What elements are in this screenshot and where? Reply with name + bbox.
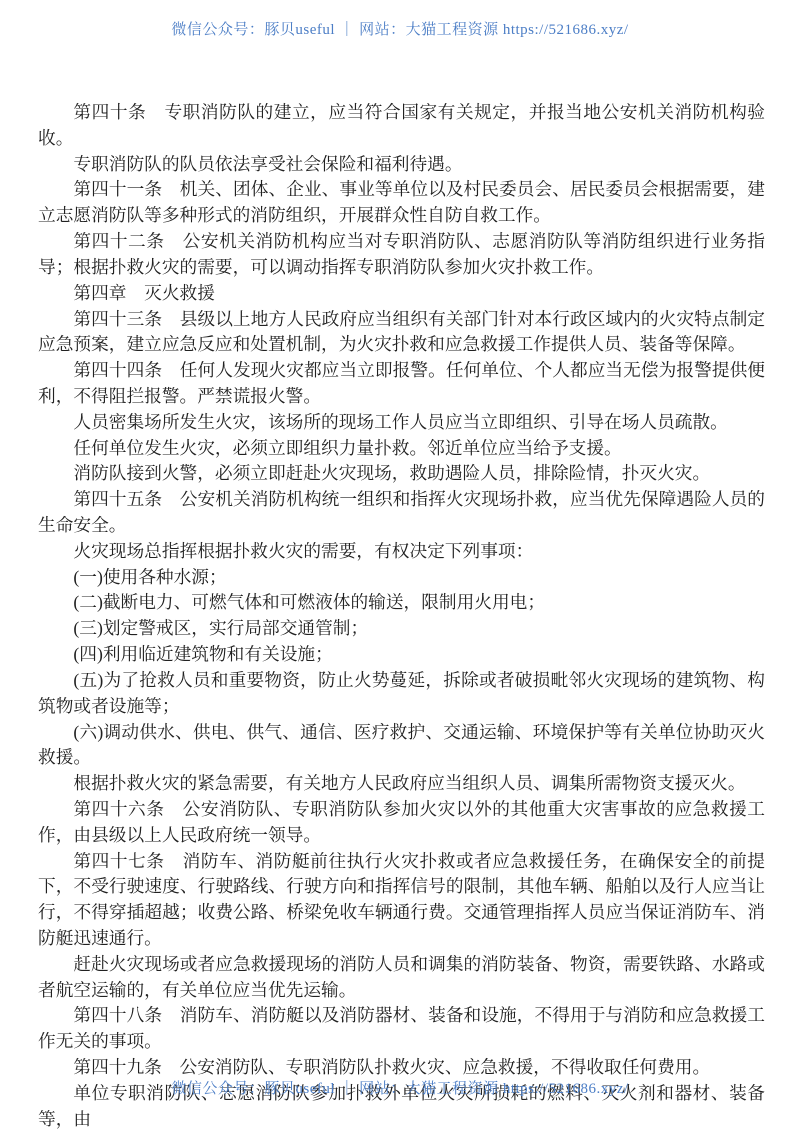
footer-watermark-text: 微信公众号：豚贝useful ｜ 网站：大猫工程资源 https://52168…	[171, 1081, 628, 1097]
list-item-2: (二)截断电力、可燃气体和可燃液体的输送，限制用火用电；	[38, 590, 765, 616]
paragraph-article-48: 第四十八条 消防车、消防艇以及消防器材、装备和设施，不得用于与消防和应急救援工作…	[38, 1003, 765, 1055]
list-item-5: (五)为了抢救人员和重要物资，防止火势蔓延，拆除或者破损毗邻火灾现场的建筑物、构…	[38, 668, 765, 720]
paragraph-article-45-p3: 根据扑救火灾的紧急需要，有关地方人民政府应当组织人员、调集所需物资支援灭火。	[38, 771, 765, 797]
paragraph-article-41: 第四十一条 机关、团体、企业、事业等单位以及村民委员会、居民委员会根据需要，建立…	[38, 177, 765, 229]
page-footer: 微信公众号：豚贝useful ｜ 网站：大猫工程资源 https://52168…	[0, 1077, 800, 1098]
paragraph-article-44: 第四十四条 任何人发现火灾都应当立即报警。任何单位、个人都应当无偿为报警提供便利…	[38, 358, 765, 410]
paragraph-article-47-p2: 赶赴火灾现场或者应急救援现场的消防人员和调集的消防装备、物资，需要铁路、水路或者…	[38, 952, 765, 1004]
paragraph-article-43: 第四十三条 县级以上地方人民政府应当组织有关部门针对本行政区域内的火灾特点制定应…	[38, 307, 765, 359]
paragraph-article-44-p3: 任何单位发生火灾，必须立即组织力量扑救。邻近单位应当给予支援。	[38, 436, 765, 462]
page-header: 微信公众号：豚贝useful ｜ 网站：大猫工程资源 https://52168…	[0, 18, 800, 39]
paragraph-article-40-p2: 专职消防队的队员依法享受社会保险和福利待遇。	[38, 152, 765, 178]
document-body: 第四十条 专职消防队的建立，应当符合国家有关规定，并报当地公安机关消防机构验收。…	[38, 100, 765, 1131]
paragraph-article-44-p4: 消防队接到火警，必须立即赶赴火灾现场，救助遇险人员，排除险情，扑灭火灾。	[38, 461, 765, 487]
list-item-3: (三)划定警戒区，实行局部交通管制；	[38, 616, 765, 642]
header-watermark-text: 微信公众号：豚贝useful ｜ 网站：大猫工程资源 https://52168…	[171, 22, 628, 38]
list-item-4: (四)利用临近建筑物和有关设施；	[38, 642, 765, 668]
paragraph-article-45-p2: 火灾现场总指挥根据扑救火灾的需要，有权决定下列事项：	[38, 539, 765, 565]
paragraph-article-47: 第四十七条 消防车、消防艇前往执行火灾扑救或者应急救援任务，在确保安全的前提下，…	[38, 849, 765, 952]
chapter-4-heading: 第四章 灭火救援	[38, 281, 765, 307]
paragraph-article-40: 第四十条 专职消防队的建立，应当符合国家有关规定，并报当地公安机关消防机构验收。	[38, 100, 765, 152]
list-item-6: (六)调动供水、供电、供气、通信、医疗救护、交通运输、环境保护等有关单位协助灭火…	[38, 720, 765, 772]
paragraph-article-44-p2: 人员密集场所发生火灾，该场所的现场工作人员应当立即组织、引导在场人员疏散。	[38, 410, 765, 436]
paragraph-article-46: 第四十六条 公安消防队、专职消防队参加火灾以外的其他重大灾害事故的应急救援工作，…	[38, 797, 765, 849]
document-page: 微信公众号：豚贝useful ｜ 网站：大猫工程资源 https://52168…	[0, 0, 800, 1131]
paragraph-article-42: 第四十二条 公安机关消防机构应当对专职消防队、志愿消防队等消防组织进行业务指导；…	[38, 229, 765, 281]
paragraph-article-45: 第四十五条 公安机关消防机构统一组织和指挥火灾现场扑救，应当优先保障遇险人员的生…	[38, 487, 765, 539]
list-item-1: (一)使用各种水源；	[38, 565, 765, 591]
